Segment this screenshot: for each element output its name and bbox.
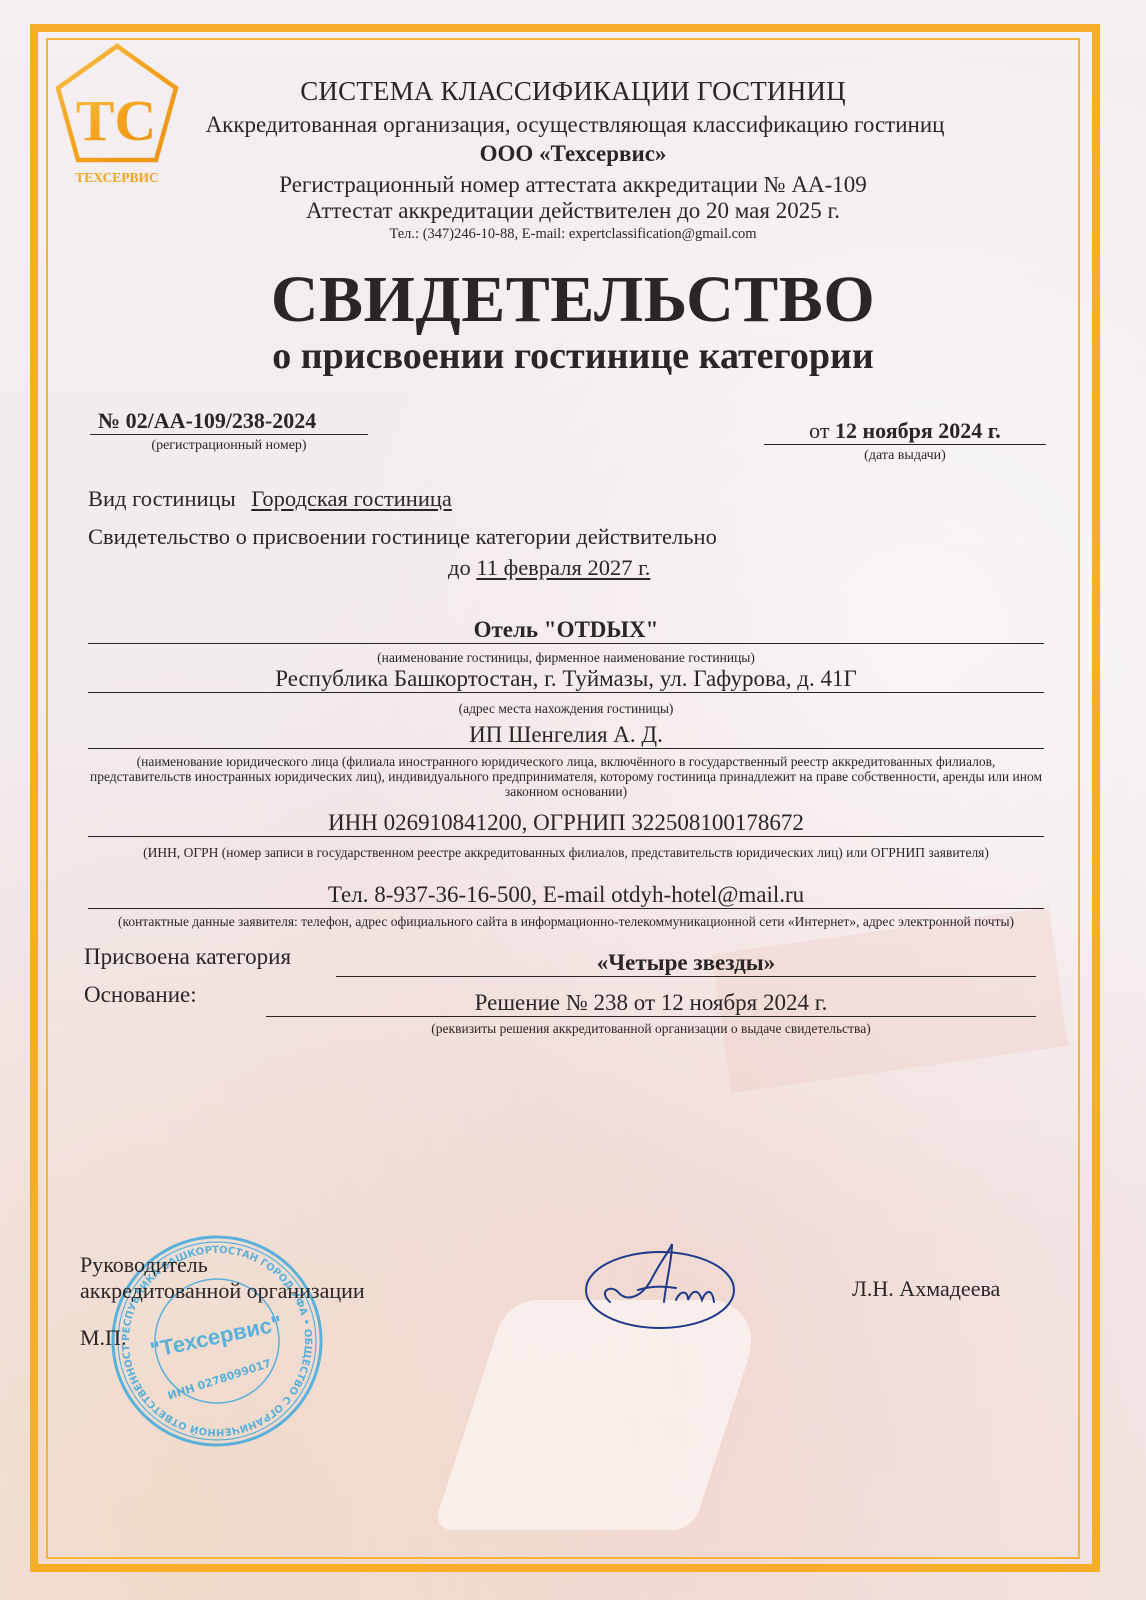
hotel-owner: ИП Шенгелия А. Д. [88,722,1044,749]
hotel-kind-value: Городская гостиница [241,486,462,511]
applicant-contacts-caption: (контактные данные заявителя: телефон, а… [88,914,1044,929]
validity-date-value: 11 февраля 2027 г. [476,555,650,580]
owner-ids: ИНН 026910841200, ОГРНИП 322508100178672 [88,810,1044,837]
hotel-name-caption: (наименование гостиницы, фирменное наиме… [88,650,1044,665]
svg-text:"Техсервис": "Техсервис" [148,1310,284,1362]
organization-description: Аккредитованная организация, осуществляю… [170,112,980,138]
issue-date-value: 12 ноября 2024 г. [835,418,1001,443]
validity-text: Свидетельство о присвоении гостинице кат… [88,524,717,550]
document-title: СВИДЕТЕЛЬСТВО [0,262,1146,338]
accreditation-number: Регистрационный номер аттестата аккредит… [0,172,1146,198]
hotel-address-caption: (адрес места нахождения гостиницы) [88,701,1044,716]
issue-date: от 12 ноября 2024 г. [764,418,1046,445]
organization-contacts: Тел.: (347)246-10-88, E-mail: expertclas… [0,226,1146,243]
registration-number: № 02/АА-109/238-2024 [90,408,368,435]
validity-date: до 11 февраля 2027 г. [448,555,650,581]
techservice-logo-icon: ТС ТЕХСЕРВИС [52,42,182,190]
organization-name: ООО «Техсервис» [0,141,1146,167]
validity-prefix: до [448,555,471,580]
document-subtitle: о присвоении гостинице категории [0,334,1146,378]
hotel-address: Республика Башкортостан, г. Туймазы, ул.… [88,666,1044,693]
basis-caption: (реквизиты решения аккредитованной орган… [266,1021,1036,1037]
signatory-role-line1: Руководитель [80,1252,208,1278]
hotel-owner-caption: (наименование юридического лица (филиала… [88,754,1044,799]
signatory-name: Л.Н. Ахмадеева [852,1276,1000,1302]
signatory-role-line2: аккредитованной организации [80,1278,365,1304]
applicant-contacts: Тел. 8-937-36-16-500, E-mail otdyh-hotel… [88,882,1044,909]
svg-text:ИНН 0278099017: ИНН 0278099017 [166,1357,273,1403]
issue-date-caption: (дата выдачи) [764,448,1046,464]
hotel-kind: Вид гостиницы Городская гостиница [88,486,462,512]
issue-date-prefix: от [809,418,829,443]
seal-mark: М.П. [80,1325,126,1351]
category-label: Присвоена категория [84,944,291,970]
accreditation-validity: Аттестат аккредитации действителен до 20… [0,198,1146,224]
owner-ids-caption: (ИНН, ОГРН (номер записи в государственн… [88,845,1044,860]
signature-icon [580,1232,750,1332]
basis-value: Решение № 238 от 12 ноября 2024 г. [266,990,1036,1017]
category-value: «Четыре звезды» [336,950,1036,977]
hotel-kind-label: Вид гостиницы [88,486,236,511]
registration-number-caption: (регистрационный номер) [90,438,368,454]
hotel-name: Отель "OTDЫХ" [88,617,1044,644]
system-name: СИСТЕМА КЛАССИФИКАЦИИ ГОСТИНИЦ [0,76,1146,107]
basis-label: Основание: [84,982,197,1008]
